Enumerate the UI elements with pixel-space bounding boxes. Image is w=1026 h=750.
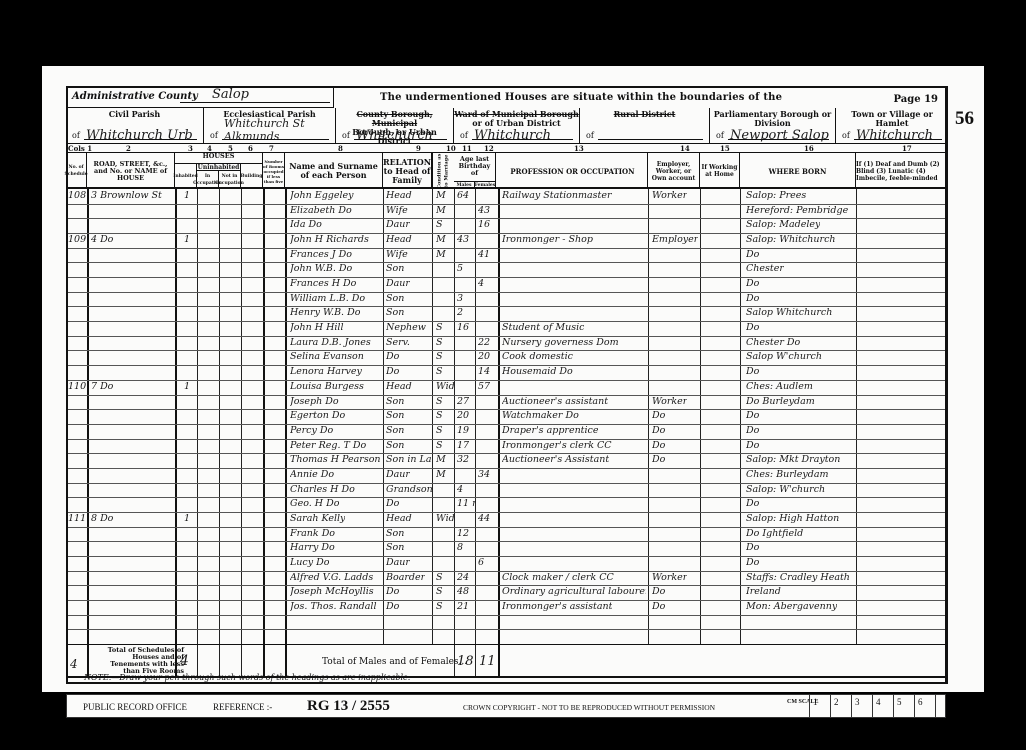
leaf-number: 56	[955, 108, 974, 130]
office-label: PUBLIC RECORD OFFICE	[83, 702, 187, 712]
page-frame	[66, 86, 948, 684]
scale-mark: 2	[830, 695, 851, 717]
scale-mark: 4	[872, 695, 893, 717]
scale-mark: 5	[893, 695, 914, 717]
cm-scale: 1 2 3 4 5 6	[809, 695, 951, 717]
archive-footer: PUBLIC RECORD OFFICE REFERENCE :- RG 13 …	[66, 694, 946, 718]
copyright-notice: CROWN COPYRIGHT - NOT TO BE REPRODUCED W…	[463, 703, 715, 712]
scale-mark: 1	[809, 695, 830, 717]
reference-label: REFERENCE :-	[213, 702, 272, 712]
scale-mark: 6	[914, 695, 935, 717]
scale-mark	[935, 695, 951, 717]
reference-number: RG 13 / 2555	[307, 698, 390, 715]
scale-mark: 3	[851, 695, 872, 717]
